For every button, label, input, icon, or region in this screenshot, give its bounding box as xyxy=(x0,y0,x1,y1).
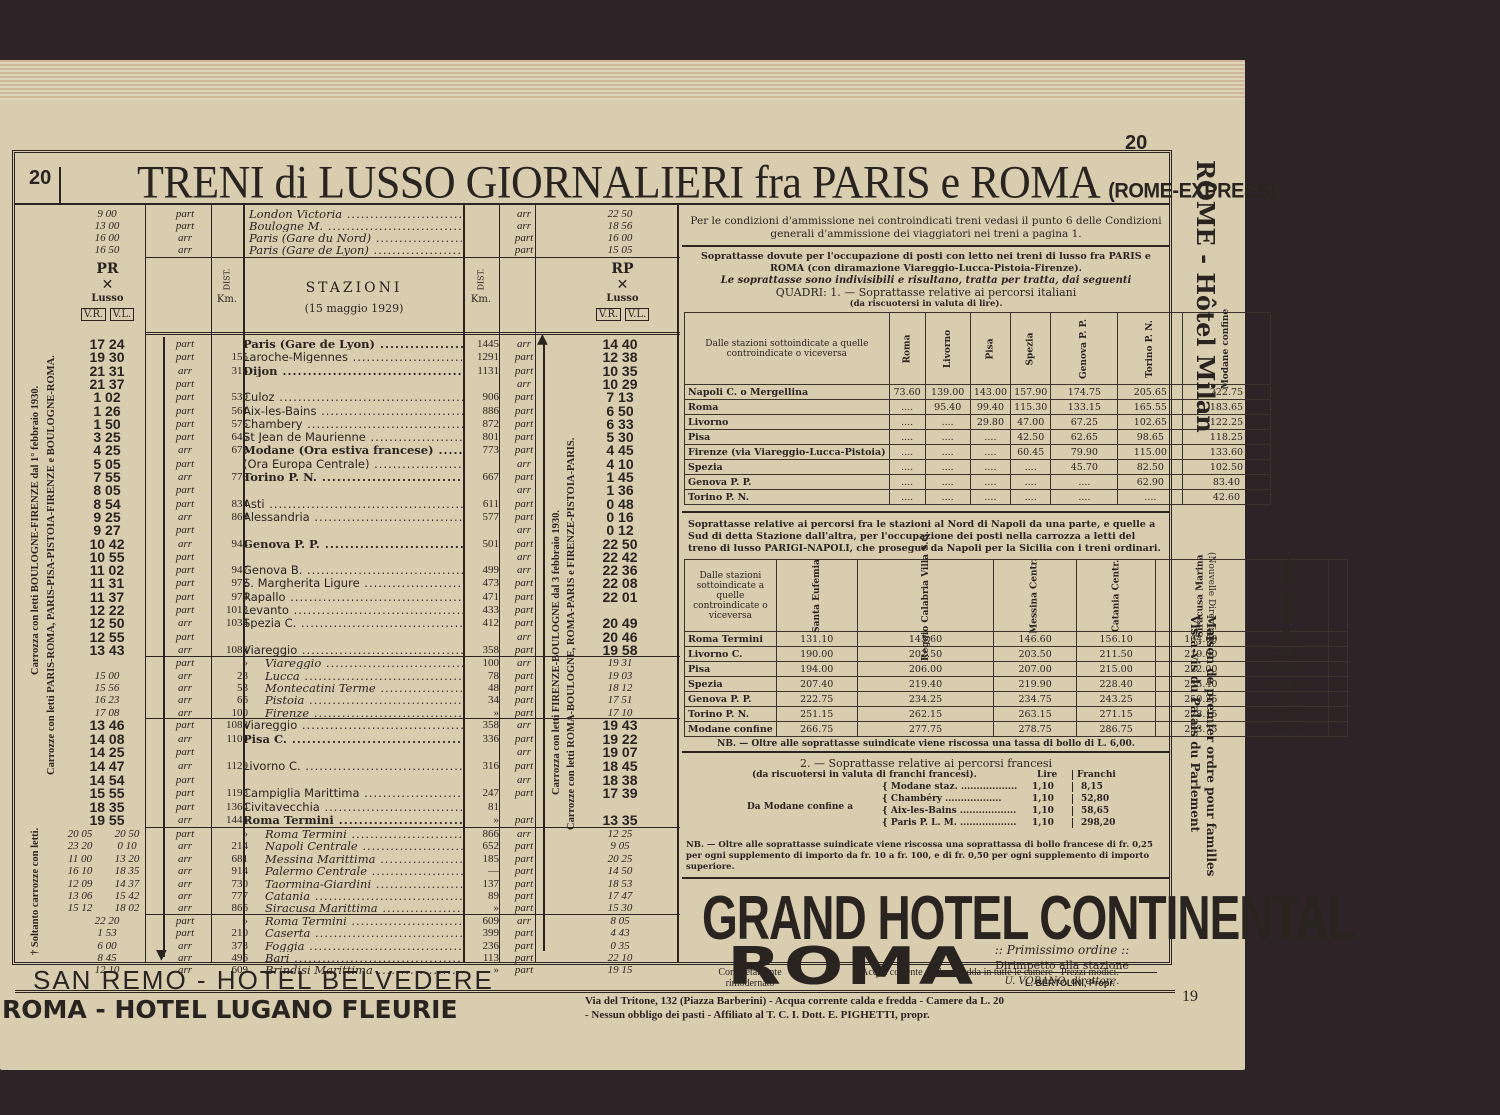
timetable: 9 00 part London Victoria arr 22 5013 00… xyxy=(15,205,680,963)
quadri-2-title: 2. — Soprattasse relative ai percorsi fr… xyxy=(682,757,1170,770)
table-row: 9 27 part arr 0 12 xyxy=(15,524,680,536)
quadri-1-title: QUADRI: 1. — Soprattasse relative ai per… xyxy=(682,286,1170,299)
column-header: Messina Centr. xyxy=(994,560,1076,632)
table-row: 11 02 part 947 Genova B. 499 arr 22 36 xyxy=(15,564,680,576)
table-row: 6 00 arr 373 Foggia 236 part 0 35 xyxy=(15,940,680,952)
nb-french: NB. — Oltre alle soprattasse suindicate … xyxy=(682,840,1170,879)
table-row: 23 200 10 arr 214 Napoli Centrale 652 pa… xyxy=(15,840,680,852)
table-row: 1 53 part 210 Caserta 399 part 4 43 xyxy=(15,927,680,939)
table-row: 14 54 part arr 18 38 xyxy=(15,774,680,786)
table-row: part » Viareggio 100 arr 19 31 xyxy=(15,657,680,669)
table-row: Roma Termini131.10145.60146.60156.10164.… xyxy=(685,632,1348,647)
feeder-row: 9 00 part London Victoria arr 22 50 xyxy=(15,208,680,220)
column-header: Santa Eufemia xyxy=(776,560,857,632)
dist-header-right: DIST. Km. xyxy=(463,275,499,305)
train-rp-header: RP ✕ Lusso V.R. V.L. xyxy=(585,261,660,321)
column-header xyxy=(1328,560,1347,632)
dist-header-left: DIST. Km. xyxy=(211,275,243,305)
table-row: Genova P. P.222.75234.25234.75243.25250.… xyxy=(685,692,1348,707)
table-row: 14 08 arr 1109 Pisa C. 336 part 19 22 xyxy=(15,733,680,745)
column-header: Livorno xyxy=(925,313,970,385)
table-row: 22 20 part » Roma Termini 609 arr 8 05 xyxy=(15,915,680,927)
table-row: 1 02 part 539 Culoz 906 part 7 13 xyxy=(15,391,680,403)
table-row: 16 23 arr 66 Pistoia 34 part 17 51 xyxy=(15,694,680,706)
column-header: Catania Centr. xyxy=(1076,560,1156,632)
table-row: Modane confine266.75277.75278.75286.7529… xyxy=(685,722,1348,737)
table-row: 8 05 part arr 1 36 xyxy=(15,484,680,496)
table-row: 1 50 part 575 Chambery 872 part 6 33 xyxy=(15,418,680,430)
table-row: 8 54 part 834 Asti 611 part 0 48 xyxy=(15,498,680,510)
nb-italian: NB. — Oltre alle soprattasse suindicate … xyxy=(682,737,1170,753)
table-header-row: Dalle stazioni sottoindicate a quelle co… xyxy=(685,560,1348,632)
table-row: 1 26 part 561 Aix-les-Bains 886 part 6 5… xyxy=(15,405,680,417)
table-row: Pisa194.00206.00207.00215.00222.00226.00… xyxy=(685,662,1348,677)
surcharge-panel: Per le condizioni d'ammissione nei contr… xyxy=(682,205,1170,963)
table-row: 19 55 arr 1445 Roma Termini » part 13 35 xyxy=(15,814,680,826)
table-row: 12 0914 37 arr 730 Taormina-Giardini 137… xyxy=(15,878,680,890)
table-row: 14 47 arr 1129 Livorno C. 316 part 18 45 xyxy=(15,760,680,772)
table-row: 12 50 arr 1034 Spezia C. 412 part 20 49 xyxy=(15,617,680,629)
table-row: 21 37 part arr 10 29 xyxy=(15,378,680,390)
title-bar: 20 TRENI di LUSSO GIORNALIERI fra PARIS … xyxy=(15,153,1169,205)
feeder-row: 16 50 arr Paris (Gare de Lyon) part 15 0… xyxy=(15,244,680,256)
table-row: 19 30 part 155 Laroche-Migennes 1291 par… xyxy=(15,351,680,363)
surcharge-subheading: Le soprattasse sono indivisibili e risul… xyxy=(682,275,1170,286)
table-row: Torino P. N.251.15262.15263.15271.15278.… xyxy=(685,707,1348,722)
table-row: 9 25 arr 869 Alessandria 577 part 0 16 xyxy=(15,511,680,523)
column-header: Palermo Centr. xyxy=(1246,560,1329,632)
table-row: 7 55 arr 778 Torino P. N. 667 part 1 45 xyxy=(15,471,680,483)
table-row: 4 25 arr 673 Modane (Ora estiva francese… xyxy=(15,444,680,456)
column-header: Roma xyxy=(889,313,925,385)
ad-hotel-belvedere: SAN REMO - HOTEL BELVEDERE Completamente… xyxy=(15,963,1175,993)
table-row: 13 0615 42 arr 777 Catania 89 part 17 47 xyxy=(15,890,680,902)
table-row: 11 31 part 972 S. Margherita Ligure 473 … xyxy=(15,577,680,589)
stations-header: STAZIONI (15 maggio 1929) xyxy=(245,280,463,315)
column-header: Torino P. N. xyxy=(1118,313,1183,385)
surcharge-heading: Soprattasse dovute per l'occupazione di … xyxy=(682,247,1170,275)
table-row: 15 55 part 1198 Campiglia Marittima 247 … xyxy=(15,787,680,799)
table-row: 14 25 part arr 19 07 xyxy=(15,746,680,758)
table-row: 13 43 arr 1088 Viareggio 358 part 19 58 xyxy=(15,644,680,656)
table-row: Spezia207.40219.40219.90228.40235.40238.… xyxy=(685,677,1348,692)
south-surcharge-table: Dalle stazioni sottoindicate a quelle co… xyxy=(684,559,1348,737)
quadri-1-note: (da riscuotersi in valuta di lire). xyxy=(682,299,1170,309)
table-row: 11 37 part 974 Rapallo 471 part 22 01 xyxy=(15,591,680,603)
sleeper-emblem-icon: ✕ xyxy=(70,277,145,293)
table-row: Livorno C.190.00202.50203.50211.50219.00… xyxy=(685,647,1348,662)
ad-hotel-lugano-fleurie: ROMA - HOTEL LUGANO FLEURIE Via del Trit… xyxy=(0,995,1245,1027)
page-stack-edge xyxy=(0,60,1245,100)
table-row: 12 22 part 1013 Levanto 433 part xyxy=(15,604,680,616)
table-row: 18 35 part 1364 Civitavecchia 81 xyxy=(15,801,680,813)
column-header: Pisa xyxy=(970,313,1010,385)
feeder-row: 16 00 arr Paris (Gare du Nord) part 16 0… xyxy=(15,232,680,244)
spine-ad-hotel-milan: ROME - Hôtel Milan (Nouvelle Direction) … xyxy=(1178,160,1238,950)
table-row: 16 1018 35 arr 914 Palermo Centrale — pa… xyxy=(15,865,680,877)
column-header: Spezia xyxy=(1011,313,1051,385)
sleeper-emblem-icon: ✕ xyxy=(585,277,660,293)
french-surcharge-block: (da riscuotersi in valuta di franchi fra… xyxy=(682,770,1170,840)
table-row: 13 46 part 1088 Viareggio 358 arr 19 43 xyxy=(15,719,680,731)
table-row: 17 24 part » Paris (Gare de Lyon) 1445 a… xyxy=(15,338,680,350)
table-row: 12 55 part arr 20 46 xyxy=(15,631,680,643)
page-number-left: 20 xyxy=(29,167,61,203)
table-row: 5 05 part (Ora Europa Centrale) arr 4 10 xyxy=(15,458,680,470)
feeder-row: 13 00 part Boulogne M. arr 18 56 xyxy=(15,220,680,232)
table-row: 15 1218 02 arr 866 Siracusa Marittima » … xyxy=(15,902,680,914)
column-header: Reggio Calabria Villa S.G. xyxy=(857,560,994,632)
table-row: 15 56 arr 53 Montecatini Terme 48 part 1… xyxy=(15,682,680,694)
table-row: 10 42 arr 944 Genova P. P. 501 part 22 5… xyxy=(15,538,680,550)
train-pr-header: PR ✕ Lusso V.R. V.L. xyxy=(70,261,145,321)
table-row: 10 55 part arr 22 42 xyxy=(15,551,680,563)
conditions-intro: Per le condizioni d'ammissione nei contr… xyxy=(682,205,1170,247)
page-title: TRENI di LUSSO GIORNALIERI fra PARIS e R… xyxy=(137,156,1276,210)
table-row: 3 25 part 645 St Jean de Maurienne 801 p… xyxy=(15,431,680,443)
column-header: Genova P. P. xyxy=(1051,313,1118,385)
table-row: 21 31 arr 315 Dijon 1131 part 10 35 xyxy=(15,365,680,377)
table-row: 15 00 arr 23 Lucca 78 part 19 03 xyxy=(15,670,680,682)
table-row: 11 0013 20 arr 681 Messina Marittima 185… xyxy=(15,853,680,865)
table-row: 20 0520 50 part » Roma Termini 866 arr 1… xyxy=(15,828,680,840)
